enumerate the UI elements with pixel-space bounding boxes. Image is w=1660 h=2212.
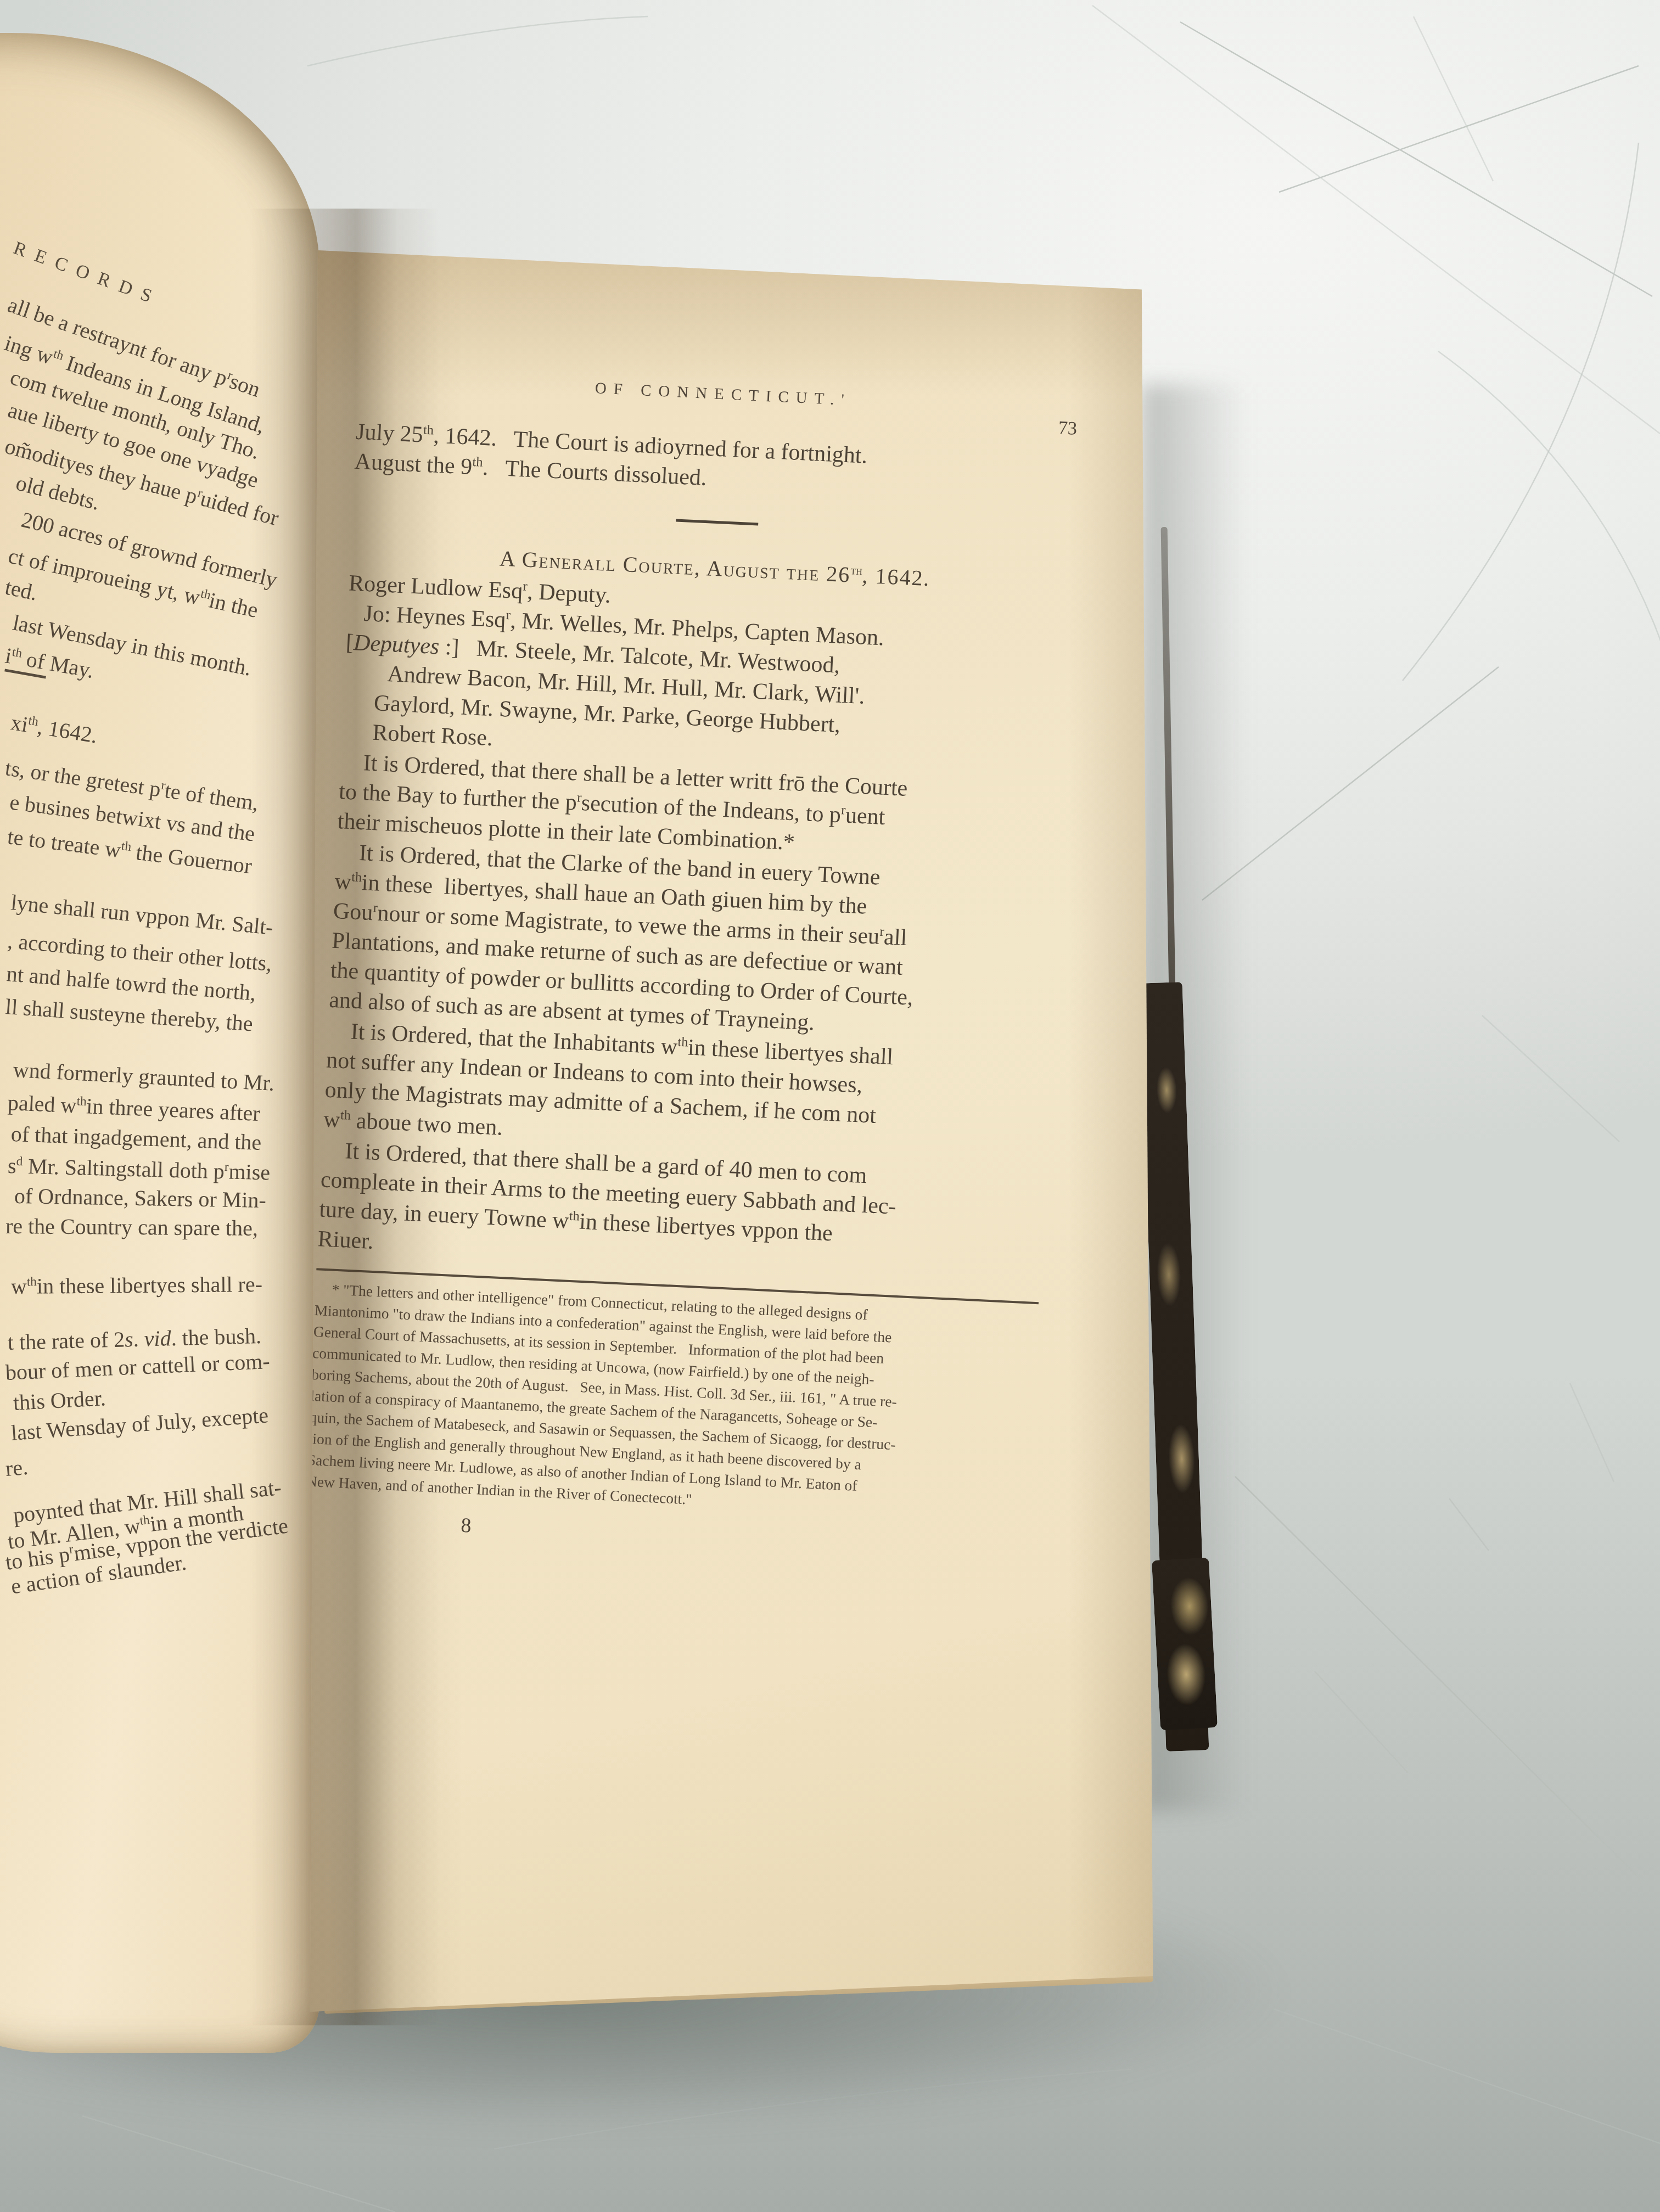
text-line: this Order. [13,1385,106,1416]
page-number: 73 [1058,418,1078,440]
text-line: wthin these libertyes shall re- [11,1271,262,1299]
running-header: OF CONNECTICUT.' 73 [358,354,1089,421]
gutter-shadow [250,209,439,2025]
worn-leather-cover-corner [1152,1557,1218,1730]
text-line: sd Mr. Saltingstall doth prmise [7,1153,270,1186]
section-divider-rule [676,519,758,525]
running-header-title: OF CONNECTICUT.' [595,379,851,409]
court-adjournment-notes: July 25th, 1642. The Court is adioyrned … [354,417,1086,511]
text-line: wnd formerly graunted to Mr. [13,1057,275,1096]
photo-of-open-book: { "book": { "left_page": { "header": "RE… [0,0,1660,2212]
text-line: of that ingadgement, and the [10,1121,262,1155]
text-line: ted. [3,574,40,606]
text-line: paled wthin three yeares after [7,1090,261,1126]
text-line: re. [4,1454,29,1481]
text-line: re the Country can spare the, [5,1213,258,1241]
text-line: of Ordnance, Sakers or Min- [14,1183,267,1213]
text-line: xith, 1642. [9,709,99,748]
attendees-list: Roger Ludlow Esqr, Deputy.Jo: Heynes Esq… [341,569,1079,781]
